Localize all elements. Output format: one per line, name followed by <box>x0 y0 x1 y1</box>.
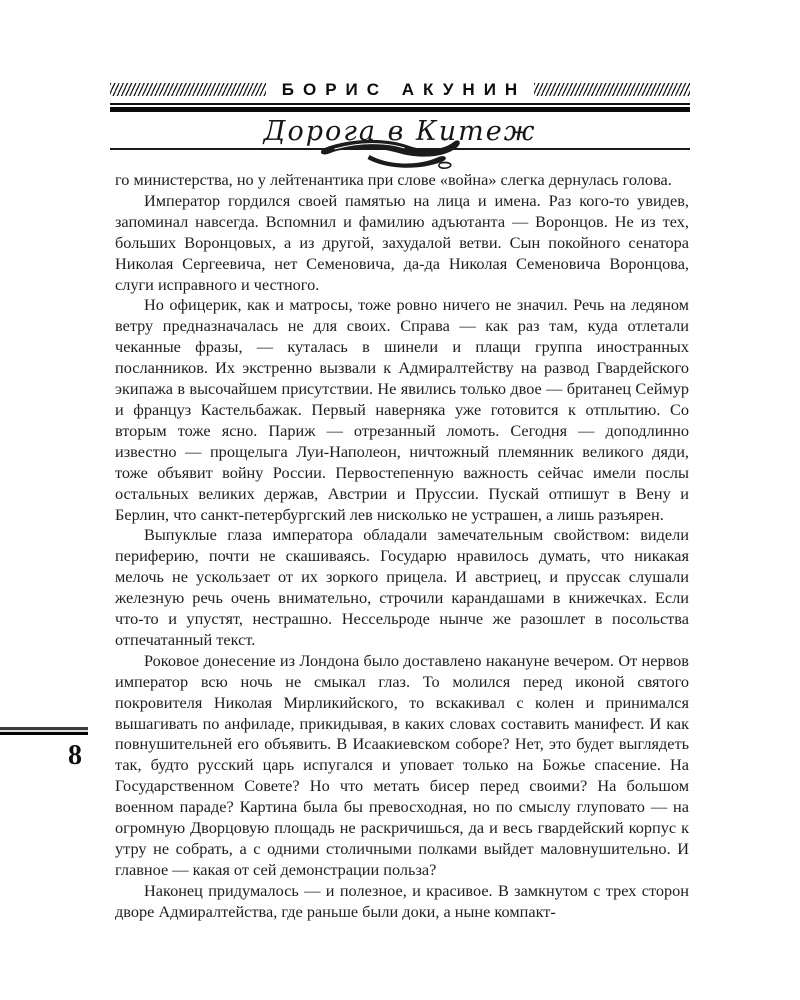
author-band: БОРИС АКУНИН <box>110 82 690 97</box>
paragraph: го министерства, но у лейтенантика при с… <box>115 170 689 191</box>
header-rule-thin <box>110 103 690 105</box>
paragraph: Но офицерик, как и матросы, тоже ровно н… <box>115 295 689 525</box>
paragraph: Наконец придумалось — и полезное, и крас… <box>115 881 689 923</box>
hatch-ornament-right <box>534 83 690 96</box>
body-text: го министерства, но у лейтенантика при с… <box>115 170 689 923</box>
author-name: БОРИС АКУНИН <box>266 80 534 100</box>
page-header: БОРИС АКУНИН Дорога в Китеж <box>110 82 690 150</box>
paragraph: Император гордился своей памятью на лица… <box>115 191 689 296</box>
page-number: 8 <box>58 740 92 772</box>
marker-rule-bottom <box>0 732 88 736</box>
flourish-icon <box>315 134 465 175</box>
hatch-ornament-left <box>110 83 266 96</box>
paragraph: Выпуклые глаза императора обладали замеч… <box>115 525 689 650</box>
page-number-rule <box>0 727 88 735</box>
book-page: БОРИС АКУНИН Дорога в Китеж го министерс… <box>0 0 800 1000</box>
paragraph: Роковое донесение из Лондона было достав… <box>115 651 689 881</box>
header-rule-thick <box>110 107 690 112</box>
